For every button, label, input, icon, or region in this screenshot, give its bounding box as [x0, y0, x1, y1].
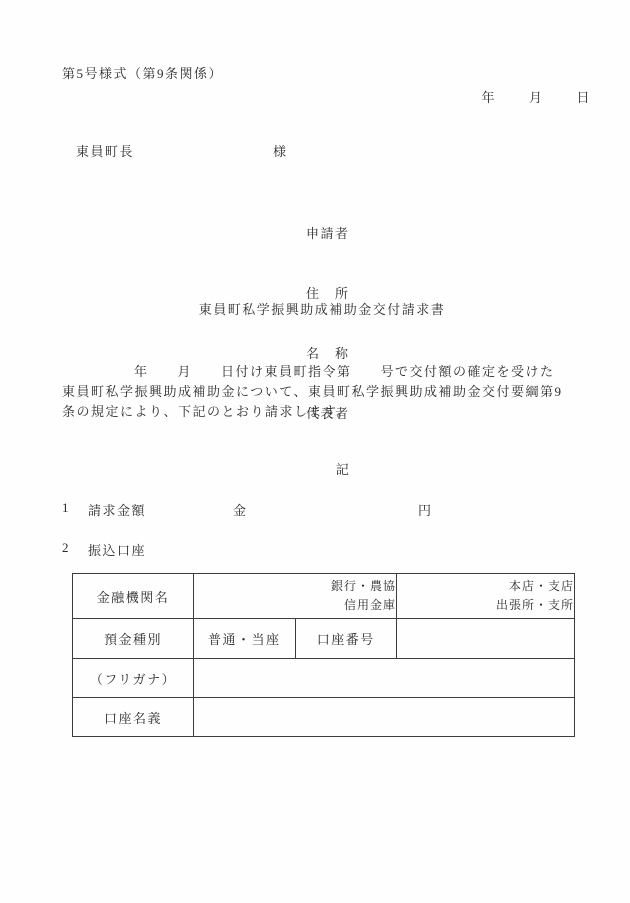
table-row-deposit-type: 預金種別 普通・当座 口座番号 [73, 619, 575, 659]
body-paragraph: 年 月 日付け東員町指令第 号で交付額の確定を受けた 東員町私学振興助成補助金に… [62, 362, 586, 422]
currency-suffix-label: 円 [418, 500, 433, 519]
transfer-account-label: 振込口座 [88, 540, 146, 559]
document-title: 東員町私学振興助成補助金交付請求書 [62, 299, 582, 318]
body-line: 東員町私学振興助成補助金について、東員町私学振興助成補助金交付要綱第9 [62, 382, 586, 402]
item-number: 1 [62, 500, 70, 516]
table-row-furigana: （フリガナ） [73, 659, 575, 698]
body-line: 年 月 日付け東員町指令第 号で交付額の確定を受けた [62, 362, 586, 382]
branch-type-line1: 本店・支店 [397, 577, 574, 596]
account-number-label-cell: 口座番号 [295, 619, 397, 659]
document-page: 第5号様式（第9条関係） 年 月 日 東員町長 様 申請者 住 所 名 称 代表… [0, 0, 630, 903]
date-line: 年 月 日 [481, 87, 591, 106]
account-name-label-cell: 口座名義 [73, 698, 194, 737]
bank-type-line1: 銀行・農協 [194, 577, 396, 596]
item-claim-amount: 1 請求金額 金 円 [62, 500, 586, 518]
item-transfer-account: 2 振込口座 [62, 540, 586, 558]
table-row-financial-institution: 金融機関名 銀行・農協 信用金庫 本店・支店 出張所・支所 [73, 574, 575, 619]
applicant-name-label: 名 称 [306, 344, 350, 364]
date-month-label: 月 [529, 87, 544, 106]
form-number: 第5号様式（第9条関係） [62, 63, 223, 82]
applicant-block: 申請者 住 所 名 称 代表者 [306, 184, 350, 464]
currency-prefix-label: 金 [233, 500, 248, 519]
addressee-name: 東員町長 [76, 141, 134, 160]
bank-account-table: 金融機関名 銀行・農協 信用金庫 本店・支店 出張所・支所 預金種別 普通・当座… [72, 573, 575, 737]
furigana-input-cell [194, 659, 575, 698]
table-row-account-name: 口座名義 [73, 698, 575, 737]
item-number: 2 [62, 540, 70, 556]
deposit-options-cell: 普通・当座 [194, 619, 296, 659]
date-year-label: 年 [481, 87, 496, 106]
financial-institution-label-cell: 金融機関名 [73, 574, 194, 619]
bank-type-line2: 信用金庫 [194, 596, 396, 615]
furigana-label-cell: （フリガナ） [73, 659, 194, 698]
date-day-label: 日 [576, 87, 591, 106]
account-number-input-cell [397, 619, 575, 659]
body-line: 条の規定により、下記のとおり請求します。 [62, 402, 586, 422]
account-name-input-cell [194, 698, 575, 737]
bank-type-cell: 銀行・農協 信用金庫 [194, 574, 397, 619]
branch-type-line2: 出張所・支所 [397, 596, 574, 615]
branch-type-cell: 本店・支店 出張所・支所 [397, 574, 575, 619]
addressee-honorific: 様 [273, 141, 288, 160]
applicant-label: 申請者 [306, 224, 350, 244]
deposit-type-label-cell: 預金種別 [73, 619, 194, 659]
record-mark: 記 [62, 459, 582, 478]
claim-amount-label: 請求金額 [88, 500, 146, 519]
